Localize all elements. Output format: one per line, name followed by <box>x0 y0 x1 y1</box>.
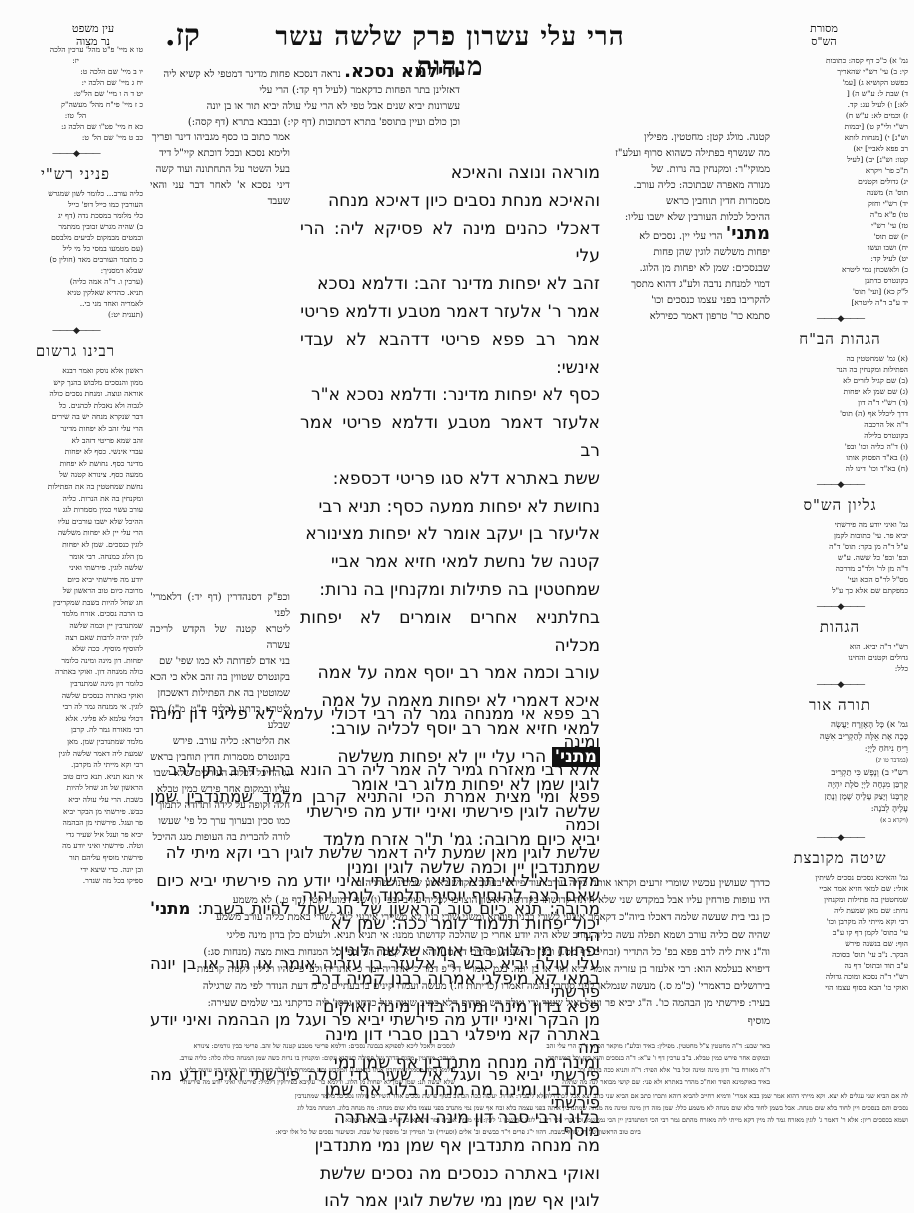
hagahot-heading: הגהות <box>772 618 908 637</box>
tosafot-line: דאזלינן בתר הפחות כדקאמר (לעיל דף קד:) ה… <box>150 83 460 99</box>
masoret-line: כ) ולאשכחן נמי ליטרא <box>772 264 908 275</box>
bach-line: (ח) בא"ד וכו' דינו לה <box>772 463 908 474</box>
pninei-rashi-line: ובמטים מבמקום לביעים מלבסם <box>8 232 143 243</box>
gemara-line: דאכלי כהנים מינה לא פסיקא ליה: הרי עלי <box>300 216 600 272</box>
ornament-divider-icon: ———◆——— <box>772 314 908 324</box>
tosafot-line: וכן כולם ועיין בתוספ' בתרא דכתובות (דף ק… <box>150 115 460 131</box>
rashi-top <box>470 64 770 128</box>
rg-line: ומקנחין בה את הנרות. כליה <box>8 493 143 505</box>
ner-mitzvah-line: כב ט מיי' שם הל' ט: <box>8 132 143 143</box>
gilyon-line: ובפ' ובפ' כל ששה. ע"ש <box>772 552 908 563</box>
tosafot-line: וה"נ אית ליה לרב פפא בפ' כל התדיר (זבחים… <box>150 944 770 961</box>
tosafot-line: בקונטרס שטווין בה זהב אלא כי הכא <box>150 670 290 686</box>
tosafot-bottom: כדרך שעושין עכשיו שומרי זרעים וקראו אותה… <box>150 875 770 1030</box>
rg-line: להוסיף מוסיף. ככה שלא <box>8 643 143 655</box>
masoret-line: יז) שם תוס' <box>772 231 908 242</box>
torah-or-line: רש"י ב) וְנֶפֶשׁ כִּי תַקְרִיב <box>772 767 908 779</box>
shita-line: שמחטטין בה פתילות ומקנחין <box>772 894 908 905</box>
rg-line: דכולי עלמא לא פליגי. אלא <box>8 713 143 725</box>
gemara-line: אמר רב פפא פריטי דדהבא לא עבדי אינשי: <box>300 327 600 383</box>
footnote-line: ד"ה מאזרח בר' ודון מינה ומינה וכל בר' אל… <box>465 1064 770 1076</box>
rashi-line: מסמרות חדין תוחבין כראש <box>605 194 770 210</box>
footnotes-left: לנסכים ולאכל ליכא לספוקא בנבונה נסכים: ו… <box>150 1040 455 1088</box>
gemara-line: והאיכא מנחת נסבים כיון דאיכא מנחה <box>300 188 600 216</box>
pninei-rashi-line: כלי מלומר במסכת נדה (דף יג <box>8 210 143 221</box>
ner-mitzvah-line: כ ז מיי' פי"ח מהל' מעשה"ק <box>8 99 143 110</box>
gilyon-hashas-heading: גליון הש"ס <box>772 496 908 515</box>
rg-line: שלשה לוגין. פירשתי ואיני <box>8 562 143 574</box>
rg-line: יפחות. דון מינה ומינה כלומר <box>8 655 143 667</box>
masoret-line: טז) עי' רש"י <box>772 220 908 231</box>
ornament-divider-icon: ———◆——— <box>8 326 143 336</box>
rg-line: בשבת. הרי עלי עולה יביא <box>8 794 143 806</box>
tosafot-line: ליטרא קטנה של הקדש לריכה עשרה <box>150 622 290 654</box>
hagahot-text: רש"י ד"ה יביא. הוא גדולים וקטנים והחינו … <box>772 641 908 674</box>
rg-line: מלמד שמתנדבין שמן. מאן <box>8 736 143 748</box>
rg-line: לוגין. אי ממנחה גמר לה רבי <box>8 701 143 713</box>
masoret-line: יג) גדולים וקטנים <box>772 176 908 187</box>
daf-number: קז. <box>165 18 200 53</box>
bach-line: (ג) שם שמן לא יפחות <box>772 386 908 397</box>
rg-line: חג שחל להיות בשבת שמקריבין <box>8 597 143 609</box>
rashi-line: הרי עלי יין. נסכים לא <box>639 231 722 242</box>
footnote-line: ביום טוב הראשון של חג שחל בשבת. דהוו י"ג… <box>8 1126 908 1138</box>
masoret-line: לא:] ו) לעיל עג: קד. <box>772 99 908 110</box>
masoret-line: בקונטרס כדתנן <box>772 275 908 286</box>
bach-line: (ד) רש"י ד"ה דון <box>772 397 908 408</box>
rg-line: ראשון אלא נוסק ואמר רבנא <box>8 365 143 377</box>
masoret-hashas-text: גמ' א) כ"כ דף קסה: כתובות קי: ב) עי' רש"… <box>772 55 908 308</box>
rashi-line: מה שנשרף בפתילה כשהוא סרוף ועלע"ז <box>605 146 770 162</box>
pninei-rashi-line: שבלא רמסניך: <box>8 265 143 276</box>
rg-line: רבי מאזרח גמר לה. קרבן <box>8 724 143 736</box>
gemara-line: ואוקי באתרה כנסכים מה נסכים שלשת <box>300 1161 600 1189</box>
rg-line: ההיכל שלא ישבו עורבים עליו <box>8 516 143 528</box>
masoret-hashas-corner-label: מסורת הש"ס <box>794 22 854 48</box>
gemara-line: שלשת לוגין מאן שמעת ליה דאמר שלשת לוגין … <box>150 839 600 867</box>
rashi-line: להקריבו בפני עצמו כנסכים וכו' <box>605 293 770 309</box>
masoret-line: רב פפא לאביי] יא) <box>772 143 908 154</box>
ner-mitzvah: טו א מיי' פ"ט מהל' ערכין הלכה יז: יו ב מ… <box>8 44 143 143</box>
torah-or-text: גמ' א) כָּל הָאֶזְרָח יַעֲשֶׂה כָּכָה אֶ… <box>772 719 908 827</box>
bach-line: דרך ליכלל אף (ה) תוס' <box>772 408 908 419</box>
hagahot-habach-heading: הגהות הב"ח <box>772 330 908 349</box>
tosafot-line: בני אדם לפדותה לא כמו שפי' שם <box>150 654 290 670</box>
gemara-line: עורב וכמה אמר רב יוסף אמה על אמה <box>300 660 600 688</box>
bach-line: (ז) בא"ד הפסוק אותו <box>772 452 908 463</box>
ornament-divider-icon: ———◆——— <box>772 480 908 490</box>
tosafot-line: בעיר: פירשתי מן הבהמה כו'. ה"ג יביא פר ו… <box>150 995 770 1012</box>
rg-line: ממון והנסכים מלבוש בהנך קיש <box>8 377 143 389</box>
tosafot-dh-title: ודילמא נסכא. <box>344 61 460 82</box>
rg-line: מרובה כיום טוב הראשון של <box>8 585 143 597</box>
hagahot-habach-text: (א) גמ' שמחטטין בה הפתילות ומקנחין בה הנ… <box>772 353 908 474</box>
footnotes-right: באר שבע: ד"ה מחטטין צ"ל מחטטין. מפילין: … <box>465 1040 770 1088</box>
gemara-line: רב פפא אי ממנחה גמר לה רבי דכולי עלמא לא… <box>150 700 600 756</box>
shita-mekubetzet-heading: שיטה מקובצת <box>772 849 908 868</box>
masoret-line: יד ע"ב ד"ה ליטרא] <box>772 297 908 308</box>
masoret-line: קטו: וש"נ] יב) [לעיל <box>772 154 908 165</box>
tosafot-line: בירושלים כדאמרי' (כ"מ ס.) מעשה שנמלאו לפ… <box>150 978 770 995</box>
tosafot-line: דיני נסכא א' לאחר דבר עני והאי שעבד <box>150 178 290 210</box>
ner-mitzvah-line: הל' טז: <box>8 110 143 121</box>
masoret-line: גמ' א) כ"כ דף קסה: כתובות <box>772 55 908 66</box>
gemara-line: נחושת לא יפחות ממעה כסף: תניא רבי <box>300 494 600 522</box>
gilyon-line: ע"ל ד"ה מן בקר: תוס' ד"ה <box>772 541 908 552</box>
torah-or-heading: תורה אור <box>772 696 908 715</box>
pninei-rashi-text: כליה עורב... כלומר לשון שמגרש העורבין כמ… <box>8 188 143 320</box>
pninei-rashi-line: לאמריה ואחד מני בי.. <box>8 298 143 309</box>
torah-or-line: כָּכָה אֶת אֵלֶּה לְהַקְרִיב אִשֵּׁה <box>772 731 908 743</box>
gilyon-line: יביא פר. עי' כתובות לקמן <box>772 530 908 541</box>
shita-line: ע"ב תוד ובתוס' דף נה <box>772 960 908 971</box>
shita-mekubetzet-text: גמ' והאיכא נסכים נסכים לשיתין אזלי: שם ל… <box>772 872 908 993</box>
tosafot-line: עשרונות יביא שנים אבל טפי לא הרי עלי עול… <box>150 99 460 115</box>
footnote-line: לה אם הביא שני עגלים לא יצא. וקא מייתי ד… <box>8 1090 908 1102</box>
rg-line: ממעה כסף. צינורא קטנה של <box>8 469 143 481</box>
left-margin: טו א מיי' פ"ט מהל' ערכין הלכה יז: יו ב מ… <box>8 40 143 887</box>
pninei-rashi-line: העורבין כמו כייל דופ' כייל <box>8 199 143 210</box>
rg-line: פירשתי מוסיף עליהם תור <box>8 852 143 864</box>
rg-line: מדינר כסף. נחושת לא יפחות <box>8 458 143 470</box>
footnote-line: באר שבע: ד"ה מחטטין צ"ל מחטטין. מפילין: … <box>465 1040 770 1052</box>
masoret-line: יט) לעיל קד: <box>772 253 908 264</box>
gemara-line: כסף לא יפחות מדינר: ודלמא נסכא א"ר <box>300 382 600 410</box>
footnotes-wide: לה אם הביא שני עגלים לא יצא. וקא מייתי ד… <box>8 1090 908 1138</box>
rg-line: אי תנא תניא. תנא כיום טוב <box>8 771 143 783</box>
gemara-line: קטנה של נחשת למאי חזיא אמר אביי <box>300 549 600 577</box>
rabbenu-gershom-heading: רבינו גרשום <box>8 342 143 361</box>
masoret-line: טו) פ"א מ"ה <box>772 209 908 220</box>
rg-line: זהב שמא פריטי דזהב לא <box>8 435 143 447</box>
footnote-line: בו זהב: מוחטין. מקנח הדרך של פתילה כשהוא… <box>150 1052 455 1064</box>
rg-line: הראשון של חג שחל להיות <box>8 782 143 794</box>
footnote-line: באיד באוקמינא הפיד ואח"כ מהדר באתרא ולא … <box>465 1076 770 1088</box>
rg-line: אוראה ונוצה. ומנחת נסכים כולה <box>8 388 143 400</box>
bach-line: ד"ה אל הרכבה <box>772 419 908 430</box>
catchword: מוסיף <box>150 1013 770 1030</box>
tosafot-line: ולימא נסכא ובכל דוכתא קיי"ל דיד <box>150 146 290 162</box>
pninei-rashi-heading: פניני רש"י <box>8 165 143 184</box>
ner-mitzvah-line: כא ח מיי' פט"ו שם הלכה ג: <box>8 121 143 132</box>
masoret-line: ז) וכמים לא: ע"ש ח) <box>772 110 908 121</box>
shita-line: ואוקי כו' הבא בסוף עצמו הוי <box>772 982 908 993</box>
ornament-divider-icon: ———◆——— <box>8 149 143 159</box>
gemara-line: אלא רבי מאזרח גמיר לה אמר ליה רב הונא בר… <box>150 756 600 784</box>
rg-line: יודע מה פירשתי יביא כיום <box>8 574 143 586</box>
gemara-line: אליעזר בן יעקב אומר לא יפחות מצינורא <box>300 521 600 549</box>
pninei-rashi-line: (ערכין ו. ד"ה אמה כליה) <box>8 276 143 287</box>
rashi-mishna-marker: מתני' <box>726 223 770 244</box>
masoret-line: רש"י ולי"ק ט) [יבמות <box>772 121 908 132</box>
masoret-line: ל"ק כא) [ועי' תוס' <box>772 286 908 297</box>
masoret-line: ד) שבת ל: ע"ש ה) [ <box>772 88 908 99</box>
right-margin: גמ' א) כ"כ דף קסה: כתובות קי: ב) עי' רש"… <box>772 55 908 993</box>
footnote-line: נסכים והם בנסכים ויין לחוד בלא שום מנחה.… <box>8 1102 908 1114</box>
gilyon-line: מס"ל לר"ס הכא ועי' <box>772 574 908 585</box>
masoret-line: קי: ב) עי' רש"י שהאריך <box>772 66 908 77</box>
bach-line: (א) גמ' שמחטטין בה <box>772 353 908 364</box>
rg-line: פר ועגל. פירשתי מן הבהמה <box>8 817 143 829</box>
ner-mitzvah-line: יט ד ה ו מיי' שם הל"ט: <box>8 88 143 99</box>
rg-line: עבדי אינשי. כסף לא יפחות <box>8 446 143 458</box>
pninei-rashi-line: תניא. כהדיא שאלקין טניא <box>8 287 143 298</box>
shita-line: גמ' והאיכא נסכים נסכים לשיתין <box>772 872 908 883</box>
hagahot-line: רש"י ד"ה יביא. הוא <box>772 641 908 652</box>
bach-line: (ו) ד"ה כליה וכו' ובפ' <box>772 441 908 452</box>
gemara-line: אלעזר דאמר מטבע ודלמא פריטי אמר רב <box>300 410 600 466</box>
rg-line: לגבוה ולא נאכלת לכהנים. כל <box>8 400 143 412</box>
pninei-rashi-line: כ מתמר העורבים מאד (חולין ס) <box>8 254 143 265</box>
masoret-line: יד) רש"י וחזק <box>772 198 908 209</box>
rg-line: דבר שנקרא מנחה יש בה שירים <box>8 411 143 423</box>
gilyon-hashas-text: גמ' ואיני יודע מה פירשתי יביא פר. עי' כת… <box>772 519 908 596</box>
footnote-line: ודלמא כולה מסמרין ותוחבין אותו בראש גג ה… <box>150 1064 455 1076</box>
gilyon-line: ד"ה מן לר' ולד"כ מדרכה <box>772 563 908 574</box>
pninei-rashi-line: (תענית יט:) <box>8 309 143 320</box>
ornament-divider-icon: ———◆——— <box>772 680 908 690</box>
shita-line: הוף: שם בנשנה פירש <box>772 938 908 949</box>
bach-line: הפתילות ומקנחין בה הנר <box>772 364 908 375</box>
gemara-line: בחלתניא אחרים אומרים לא יפחות מכליה <box>300 605 600 661</box>
hagahot-line: גדולים וקטנים והחינו <box>772 652 908 663</box>
rg-line: יביא פר ועגל איל שעיר גדי <box>8 829 143 841</box>
torah-or-line: גמ' א) כָּל הָאֶזְרָח יַעֲשֶׂה <box>772 719 908 731</box>
rg-line: לוגין כנסכים. שמן לא יפחות <box>8 539 143 551</box>
bach-line: בקונטרס בלילה <box>772 430 908 441</box>
masoret-line: תוס' ה) משנה <box>772 187 908 198</box>
rashi-line: שבנסכים: שמן לא יפחות מן הלוג. <box>605 261 770 277</box>
tosafot-line: כדרך שעושין עכשיו שומרי זרעים וקראו אותה… <box>150 875 770 892</box>
masoret-line: ת"כ פר' ויקרא <box>772 165 908 176</box>
shita-line: רבי וקא מייתי לה מקרבן וכו' <box>772 916 908 927</box>
ner-mitzvah-line: יו ב מיי' שם הלכה ט: <box>8 66 143 77</box>
footnote-line: ובמקום אחר פירש כמין טבלא. ב"ב ערכין דף … <box>465 1052 770 1064</box>
shita-line: עי' בתוס' לקמן דף קו ע"ב <box>772 927 908 938</box>
tosafot-top: ודילמא נסכא. נראה דנסכא פחות מדינר דמטפי… <box>150 64 460 131</box>
pninei-rashi-line: כליה עורב... כלומר לשון שמגרש <box>8 188 143 199</box>
masoret-line: כפשט הקושיא ג) [עמ' <box>772 77 908 88</box>
shita-line: הבקר. נ"ב עי' תוס' בסוכה <box>772 949 908 960</box>
tosafot-line: כן גבי בית שעשה שלמה דאכלו ביוה"כ דקאמר … <box>150 909 770 926</box>
ner-mitzvah-line: טו א מיי' פ"ט מהל' ערכין הלכה <box>8 44 143 55</box>
footnote-line: שלא יעשה תנ: שמן שמן לא יפחות מן הלוג. ו… <box>150 1076 455 1088</box>
masoret-line: יח) ושבו ועשו <box>772 242 908 253</box>
rashi-column: קטנה. מולג קטן: מחטטין. מפילין מה שנשרף … <box>605 130 770 325</box>
rg-line: נחשת שמחטטין בה את הפתילות <box>8 481 143 493</box>
rg-line: וטלה. פירשתי ואיני יודע מה <box>8 840 143 852</box>
torah-or-line: (במדבר טו יג) <box>772 755 908 767</box>
gemara-line: אמר ר' אלעזר דאמר מטבע ודלמא פריטי <box>300 299 600 327</box>
gemara-line: זהב לא יפחות מדינר זהב: ודלמא נסכא <box>300 271 600 299</box>
tosafot-line: אמר כתוב בו כסף מגביהו דינר ופריך <box>150 130 290 146</box>
tosafot-line: שהיה שם כליה עורב ושמא תפלה עשה כליה עור… <box>150 927 770 944</box>
footnote-line: לנסכים ולאכל ליכא לספוקא בנבונה נסכים: ו… <box>150 1040 455 1052</box>
rg-line: עורב עשוי כמין מסמרות לגג <box>8 504 143 516</box>
rg-line: הרי עלי זהב לא יפחות מדינר <box>8 423 143 435</box>
rashi-line: מנורה מאפרה שבתוכה: כליה עורב. <box>605 178 770 194</box>
rg-line: ואוקי באתרה כנסכים שלשה <box>8 690 143 702</box>
ornament-divider-icon: ———◆——— <box>772 833 908 843</box>
ner-mitzvah-line: יז: <box>8 55 143 66</box>
torah-or-line: (ויקרא ב א) <box>772 815 908 827</box>
torah-or-line: קָרְבָּנוֹ וְיָצַק עָלֶיהָ שֶׁמֶן וְנָתַ… <box>772 791 908 803</box>
ner-mitzvah-line: יח ג מיי' שם הלכה י: <box>8 77 143 88</box>
shita-line: רש"י ד"ה נסכא ומוכה גדולה <box>772 971 908 982</box>
rg-line: הרי עלי יין לא יפחות משלשה <box>8 527 143 539</box>
rg-line: כולה ממנחה דון. ואוקי באתרה <box>8 666 143 678</box>
tosafot-line: נראה דנסכא פחות מדינר דמטפי לא קשיא ליה <box>163 69 341 80</box>
rashi-line: דמוי למנחת נדבה ולע"ג דהוא מתסך <box>605 277 770 293</box>
tosafot-line: וכפ"ק דסנהדרין (דף יד:) דלאמרי' לפני <box>150 590 290 622</box>
rashi-line: ממוקי"ר: ומקנחין בה נרות. של <box>605 162 770 178</box>
rg-line: רבי וקא מייתי לה מקרבן. <box>8 759 143 771</box>
rabbenu-gershom-text: ראשון אלא נוסק ואמר רבנא ממון והנסכים מל… <box>8 365 143 887</box>
tosafot-line: היו עופות פורחין עליו אבל במקדש שני שלא … <box>150 892 770 909</box>
pninei-rashi-line: (עם מטמעו במסי כל מי ליל <box>8 243 143 254</box>
rashi-line: יפחות משלשה לוגין שהן פחות <box>605 245 770 261</box>
tosafot-line: דיפויא בעלמא הוא: רבי אלעזר בן עזריה אומ… <box>150 961 770 978</box>
rg-line: ובן יונה. כדי שיצא ידי <box>8 864 143 876</box>
gemara-line: שמחטטין בה פתילות ומקנחין בה נרות: <box>300 577 600 605</box>
gemara-line: ששת באתרא דלא סגו פריטי דכספא: <box>300 466 600 494</box>
tosafot-line: בעל השטר על התחתונה ועוד קשה <box>150 162 290 178</box>
rg-line: לוגין יהיה לרבות שאם רצה <box>8 632 143 644</box>
pninei-rashi-line: ב) שהיה מגרש זבובין ממתמר <box>8 221 143 232</box>
rg-line: שמתנדבין יין וכמה שלשה <box>8 620 143 632</box>
gemara-line: מוראה ונוצה והאיכא <box>300 160 600 188</box>
rg-line: בו הרבה נסכים. אזרח מלמד <box>8 608 143 620</box>
gilyon-line: כמפקתם שם אלא כך ע"ל <box>772 585 908 596</box>
torah-or-line: רֵיחַ נִיחֹחַ לַיְיָ: <box>772 743 908 755</box>
ornament-divider-icon: ———◆——— <box>772 602 908 612</box>
rg-line: כלומר דון מינה שמתנדבין <box>8 678 143 690</box>
rg-line: שמעת ליה דאמר שלשה לוגין <box>8 748 143 760</box>
gemara-line: לוגין אף שמן נמי שלשת לוגין אמר להו <box>300 1188 600 1213</box>
footnote-line: ושמא בכסכים ריון: אלא ר' דאמר ג' לוגין מ… <box>8 1114 908 1126</box>
rashi-line: סתמא כר' טרפון דאמר כפירלא <box>605 309 770 325</box>
rashi-line: קטנה. מולג קטן: מחטטין. מפילין <box>605 130 770 146</box>
bach-line: (ב) שם קגיל לזרים לא <box>772 375 908 386</box>
gemara-line: פפא ומי מצית אמרת הכי והתניא קרבן מלמד ש… <box>150 783 600 839</box>
rg-line: ספיקו בכל מה שנדר. <box>8 875 143 887</box>
torah-or-line: עָלֶיהָ לְבֹנָה: <box>772 803 908 815</box>
rg-line: מן הלוג כמנחה. רבי אומר <box>8 551 143 563</box>
torah-or-line: קָרְבַּן מִנְחָה לַיְיָ סֹלֶת יִהְיֶה <box>772 779 908 791</box>
shita-line: אזלי: שם למאי חזיא אמר אביי <box>772 883 908 894</box>
shita-line: נרות: שם מאן שמעת ליה <box>772 905 908 916</box>
gilyon-line: גמ' ואיני יודע מה פירשתי <box>772 519 908 530</box>
rg-line: כבש. פירשתי מן הבקר יביא <box>8 806 143 818</box>
masoret-line: וש"נ] י) [מנחות לותא <box>772 132 908 143</box>
hagahot-line: כלל: <box>772 663 908 674</box>
